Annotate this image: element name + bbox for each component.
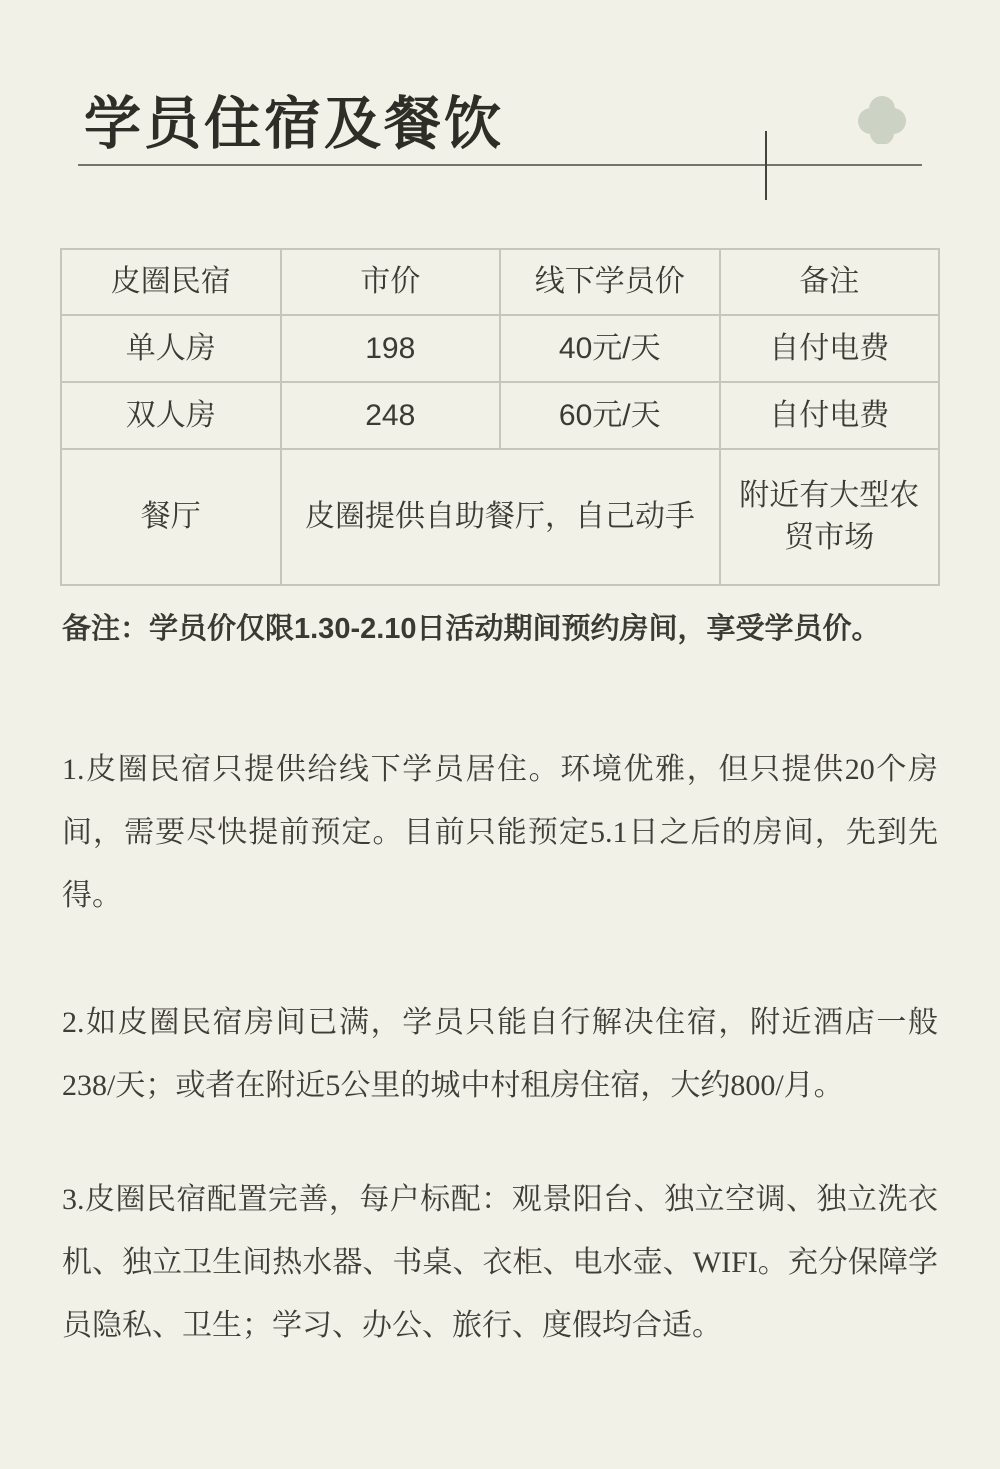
- cell-room-type: 双人房: [61, 382, 281, 449]
- header-cell-remark: 备注: [720, 249, 940, 315]
- table-row-single-room: 单人房 198 40元/天 自付电费: [61, 315, 939, 382]
- price-validity-note: 备注：学员价仅限1.30-2.10日活动期间预约房间，享受学员价。: [62, 598, 938, 661]
- page-title: 学员住宿及餐饮: [84, 78, 504, 160]
- cell-remark: 自付电费: [720, 382, 940, 449]
- paragraph-room-availability: 1.皮圈民宿只提供给线下学员居住。环境优雅，但只提供20个房间，需要尽快提前预定…: [62, 738, 938, 927]
- pricing-table: 皮圈民宿 市价 线下学员价 备注 单人房 198 40元/天 自付电费 双人房 …: [60, 248, 940, 586]
- header-cell-student-price: 线下学员价: [500, 249, 720, 315]
- cell-student-price: 40元/天: [500, 315, 720, 382]
- cell-dining-description: 皮圈提供自助餐厅，自己动手: [281, 449, 720, 585]
- paragraph-room-amenities: 3.皮圈民宿配置完善，每户标配：观景阳台、独立空调、独立洗衣机、独立卫生间热水器…: [62, 1168, 938, 1357]
- cell-dining-label: 餐厅: [61, 449, 281, 585]
- document-page: 学员住宿及餐饮 皮圈民宿 市价 线下学员价 备注 单人房 198 40元/天: [0, 0, 1000, 1469]
- paragraph-alternative-lodging: 2.如皮圈民宿房间已满，学员只能自行解决住宿，附近酒店一般238/天；或者在附近…: [62, 991, 938, 1117]
- header-cell-market-price: 市价: [281, 249, 501, 315]
- cell-student-price: 60元/天: [500, 382, 720, 449]
- table-row-dining: 餐厅 皮圈提供自助餐厅，自己动手 附近有大型农贸市场: [61, 449, 939, 585]
- cell-room-type: 单人房: [61, 315, 281, 382]
- cell-dining-remark: 附近有大型农贸市场: [720, 449, 940, 585]
- clover-icon: [858, 96, 906, 144]
- table-row-double-room: 双人房 248 60元/天 自付电费: [61, 382, 939, 449]
- title-divider-tick: [765, 131, 767, 200]
- cell-remark: 自付电费: [720, 315, 940, 382]
- cell-market-price: 198: [281, 315, 501, 382]
- cell-market-price: 248: [281, 382, 501, 449]
- header-cell-homestay: 皮圈民宿: [61, 249, 281, 315]
- title-underline: [78, 164, 922, 166]
- table-header-row: 皮圈民宿 市价 线下学员价 备注: [61, 249, 939, 315]
